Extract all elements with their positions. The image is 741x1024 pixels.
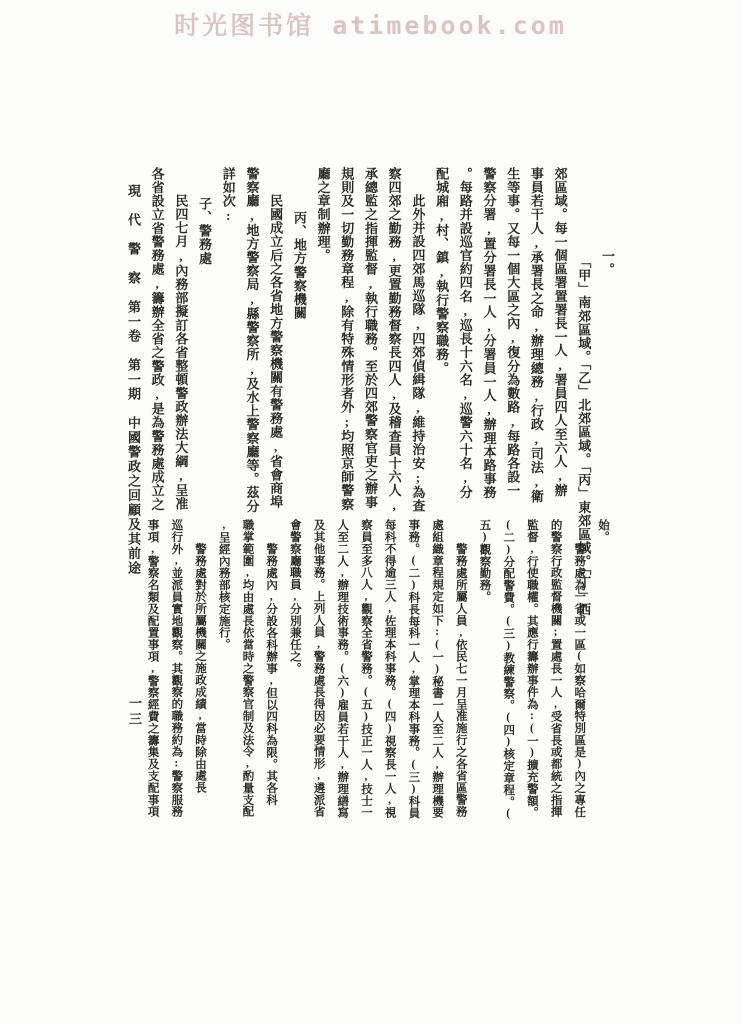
text-column: 配城廂,村、鎮,執行警察職務。	[429, 167, 453, 510]
text-column: 人至二人,辦理技術事務。(六)雇員若干人,辦理繕寫	[330, 519, 354, 819]
text-column: 生等事。又每一個大區之內,復分為數路,每路各設一	[500, 167, 524, 510]
text-column: 五)觀察勤務。	[472, 519, 496, 819]
bottom-text-register: 始。警務處為一省或一區(如察哈爾特別區是)內之專任的警察行政監督機關;置處長一人…	[139, 519, 614, 819]
text-column: 子、警務處	[192, 167, 216, 510]
text-column: 警務處對於所屬機關之施政成績,當時除由處長	[187, 519, 211, 819]
text-column: 處組織章程規定如下:(一)秘書一人至二人,辦理機要	[424, 519, 448, 819]
text-column: (二)分配警費。(三)教練警察。(四)核定章程。(	[495, 519, 519, 819]
top-text-register: 一。「甲」南郊區域。「乙」北郊區域。「丙」東郊區域。「丁」西郊區域。每一個區署置…	[144, 167, 619, 510]
scanned-book-page: 时光图书馆 atimebook.com 一。「甲」南郊區域。「乙」北郊區域。「丙…	[0, 0, 741, 1024]
text-column: 此外并設四郊馬巡隊,四郊偵緝隊,維持治安;為查	[406, 167, 430, 510]
text-column: 詳如次:	[216, 167, 240, 510]
text-column: 每科不得逾三人,佐理本科事務。(四)視察長一人,視	[377, 519, 401, 819]
text-column: 民四七月,內務部擬訂各省整頓警政辦法大綱,呈准	[169, 167, 193, 510]
text-column: 各省設立省警務處,籌辦全省之警政,是為警務處成立之	[145, 167, 169, 510]
text-column: 的警察行政監督機關;置處長一人,受省長或都統之指揮	[543, 519, 567, 819]
watermark-text: 时光图书馆 atimebook.com	[0, 6, 741, 42]
text-column: 規則及一切勤務章程,除有特殊情形者外;均照京師警察	[335, 167, 359, 510]
text-column: 警察廳,地方警察局,縣警察所,及水上警察廳等。茲分	[240, 167, 264, 510]
text-column: 職掌範圍,均由處長依當時之警察官制及法令,酌量支配	[235, 519, 259, 819]
text-column: 事員若干人,承署長之命,辦理總務,行政,司法,衛	[524, 167, 548, 510]
text-column: 巡行外,並派員實地觀察。其觀察的職務約為:警察服務	[164, 519, 188, 819]
text-column: 一。	[595, 167, 619, 510]
page-number: 一三	[124, 696, 144, 728]
running-title: 現 代 警 察 第一卷 第一期 中國警政之回顧及其前途	[121, 184, 145, 576]
text-column: 「甲」南郊區域。「乙」北郊區域。「丙」東郊區域。「丁」西	[572, 167, 596, 510]
text-column: 郊區域。每一個區署置署長一人,署員四人至六人,辦	[548, 167, 572, 510]
text-column: 警察分署,置分署長一人,分署員一人,辦理本路事務	[477, 167, 501, 510]
text-column: 廳之章制辦理。	[311, 167, 335, 510]
text-column: 事務。(二)科長每科一人,掌理本科事務。(三)科員	[401, 519, 425, 819]
text-column: 監督,行使職權。其應行籌辦事件為:(一)擴充警額。	[519, 519, 543, 819]
text-column: 。每路并設巡官約四名,巡長十六名,巡警六十名,分	[453, 167, 477, 510]
text-column: 察員至多八人,觀察全省警務。(五)技正一人,技士一	[353, 519, 377, 819]
text-column: 民國成立后之各省地方警察機關有警務處,省會商埠	[263, 167, 287, 510]
text-column: 會警察廳職員,分別兼任之。	[282, 519, 306, 819]
text-column: 察四郊之勤務,更置勤務督察長四人,及稽查員十六人,	[382, 167, 406, 510]
text-column: 承總監之指揮監督,執行職務。至於四郊警察官吏之辦事	[358, 167, 382, 510]
text-column: 警務處內,分設各科辦事,但以四科為限。其各科	[258, 519, 282, 819]
text-column: 及其他事務。上列人員,警務處長得因必要情形,遴派省	[306, 519, 330, 819]
text-column: 丙、地方警察機關	[287, 167, 311, 510]
text-column: 始。	[590, 519, 614, 819]
text-column: 警務處所屬人員,依民七一月呈准施行之各省區警務	[448, 519, 472, 819]
text-column: ,呈經內務部核定施行。	[211, 519, 235, 819]
text-column: 警務處為一省或一區(如察哈爾特別區是)內之專任	[567, 519, 591, 819]
